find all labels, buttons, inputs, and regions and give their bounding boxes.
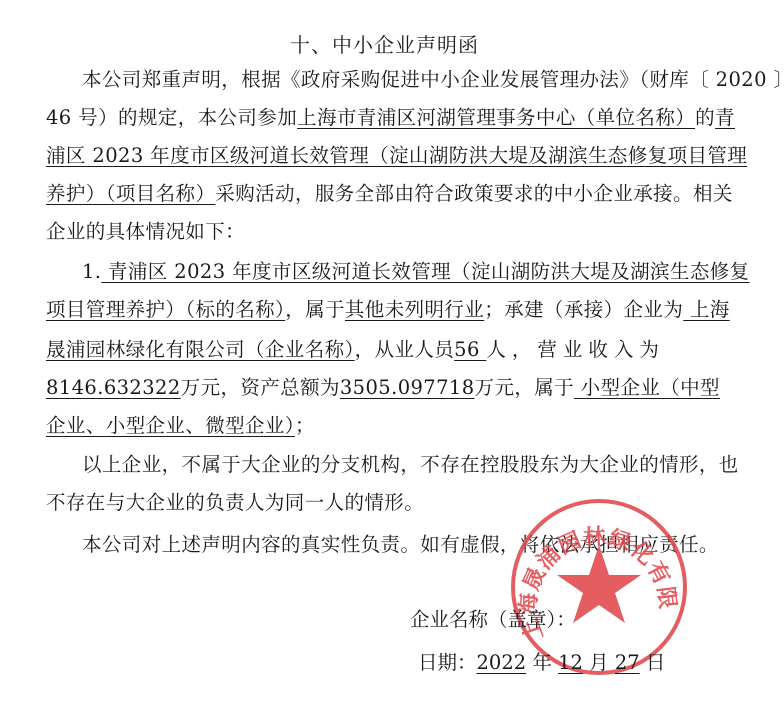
text: 本公司郑重声明，根据《政府采购促进中小企业发展管理办法》（财库〔 2020 〕	[82, 68, 784, 91]
text: ；	[295, 414, 315, 437]
text: 人，营业收入为	[486, 338, 665, 361]
date-day: 27	[615, 651, 640, 674]
date-line: 日期：2022 年 12 月 27 日	[418, 651, 665, 675]
employee-count: 56	[454, 338, 486, 361]
para1-line5: 企业的具体情况如下：	[46, 220, 656, 244]
text: 万元，资产总额为	[181, 376, 340, 399]
text: 不存在与大企业的负责人为同一人的情形。	[46, 491, 424, 514]
total-assets: 3505.097718	[340, 376, 475, 399]
date-month: 12	[558, 651, 583, 674]
text: 以上企业，不属于大企业的分支机构，不存在控股股东为大企业的情形，也	[82, 453, 739, 476]
para1-line2: 46 号）的规定，本公司参加上海市青浦区河湖管理事务中心（单位名称）的青	[46, 106, 656, 130]
date-year: 2022	[477, 651, 527, 674]
item1-line5: 企业、小型企业、微型企业）；	[46, 414, 656, 438]
text: ；承建（承接）企业为	[484, 298, 683, 321]
text: 的	[695, 106, 715, 129]
item1-line1: 1. 青浦区 2023 年度市区级河道长效管理（淀山湖防洪大堤及湖滨生态修复	[82, 260, 692, 284]
text: 46 号）的规定，本公司参加	[46, 106, 297, 129]
industry: 其他未列明行业	[345, 298, 484, 321]
project-name-start: 青	[715, 106, 735, 129]
text: 本公司对上述声明内容的真实性负责。如有虚假，将依法承担相应责任。	[82, 533, 719, 556]
subject-name: 青浦区 2023 年度市区级河道长效管理（淀山湖防洪大堤及湖滨生态修复	[101, 260, 749, 283]
text: 企业的具体情况如下：	[46, 220, 245, 243]
text: 采购活动，服务全部由符合政策要求的中小企业承接。相关	[215, 182, 732, 205]
text: 日	[646, 651, 666, 674]
text: ，从业人员	[355, 338, 455, 361]
purchaser-name: 上海市青浦区河湖管理事务中心（单位名称）	[297, 106, 695, 129]
item1-line4: 8146.632322万元，资产总额为3505.097718万元，属于 小型企业…	[46, 376, 656, 400]
enterprise-type: 小型企业（中型	[574, 376, 720, 399]
document-page: 十、中小企业声明函 本公司郑重声明，根据《政府采购促进中小企业发展管理办法》（财…	[0, 0, 784, 711]
project-name-end: 养护）（项目名称）	[46, 182, 215, 205]
revenue: 8146.632322	[46, 376, 181, 399]
item1-line3: 晟浦园林绿化有限公司（企业名称），从业人员56 人，营业收入为	[46, 338, 656, 362]
subject-name-end: 项目管理养护）（标的名称）	[46, 298, 285, 321]
text: 月	[589, 651, 609, 674]
para2-line1: 以上企业，不属于大企业的分支机构，不存在控股股东为大企业的情形，也	[82, 453, 692, 477]
para3-line: 本公司对上述声明内容的真实性负责。如有虚假，将依法承担相应责任。	[82, 533, 692, 557]
item-number: 1.	[82, 260, 101, 283]
document-title: 十、中小企业声明函	[290, 33, 479, 57]
enterprise-type-options: 企业、小型企业、微型企业）	[46, 414, 295, 437]
company-seal: 上海晟浦园林绿化有限公司	[509, 497, 689, 677]
project-name: 浦区 2023 年度市区级河道长效管理（淀山湖防洪大堤及湖滨生态修复项目管理	[46, 144, 747, 167]
text: 万元，属于	[475, 376, 575, 399]
item1-line2: 项目管理养护）（标的名称），属于其他未列明行业；承建（承接）企业为 上海	[46, 298, 656, 322]
para1-line4: 养护）（项目名称）采购活动，服务全部由符合政策要求的中小企业承接。相关	[46, 182, 656, 206]
para1-line3: 浦区 2023 年度市区级河道长效管理（淀山湖防洪大堤及湖滨生态修复项目管理	[46, 144, 656, 168]
text: 年	[532, 651, 552, 674]
date-label: 日期：	[418, 651, 477, 674]
company-name: 晟浦园林绿化有限公司（企业名称）	[46, 338, 355, 361]
text: ，属于	[285, 298, 345, 321]
company-name-start: 上海	[683, 298, 729, 321]
company-seal-label: 企业名称（盖章）：	[410, 608, 576, 632]
para2-line2: 不存在与大企业的负责人为同一人的情形。	[46, 491, 656, 515]
para1-line1: 本公司郑重声明，根据《政府采购促进中小企业发展管理办法》（财库〔 2020 〕	[82, 68, 692, 92]
